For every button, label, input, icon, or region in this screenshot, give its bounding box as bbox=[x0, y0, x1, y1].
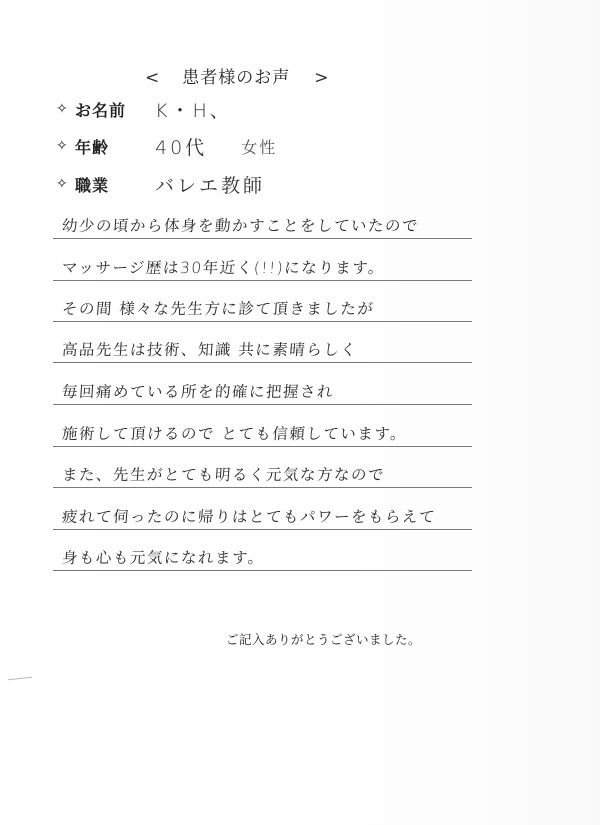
ruled-line bbox=[53, 238, 472, 239]
ruled-line bbox=[53, 280, 472, 281]
scan-mark bbox=[8, 677, 32, 681]
field-label-name: お名前 bbox=[75, 98, 155, 121]
field-label-age: 年齢 bbox=[75, 135, 155, 158]
field-value-occupation: バレエ教師 bbox=[155, 171, 265, 198]
left-angle-bracket: < bbox=[145, 68, 160, 88]
right-angle-bracket: > bbox=[314, 68, 329, 88]
ruled-line bbox=[53, 570, 472, 571]
ruled-line bbox=[53, 446, 472, 447]
testimonial-line-9: 身も心も元気になれます。 bbox=[61, 546, 265, 568]
field-value-gender: 女性 bbox=[241, 135, 277, 158]
testimonial-line-5: 毎回痛めている所を的確に把握され bbox=[61, 380, 335, 402]
page-title: <患者様のお声> bbox=[145, 63, 330, 88]
ruled-line bbox=[53, 487, 472, 488]
testimonial-line-2: マッサージ歴は30年近く(!!)になります。 bbox=[61, 256, 386, 278]
field-value-name: K・H、 bbox=[155, 96, 232, 123]
testimonial-page: <患者様のお声> ✧ お名前 K・H、 ✧ 年齢 40代 女性 ✧ 職業 バレエ… bbox=[0, 0, 600, 825]
field-value-age: 40代 bbox=[155, 133, 207, 160]
testimonial-line-6: 施術して頂けるので とても信頼しています。 bbox=[61, 422, 408, 444]
testimonial-line-1: 幼少の頃から体身を動かすことをしていたので bbox=[61, 214, 420, 236]
ruled-line bbox=[53, 529, 472, 530]
field-label-occupation: 職業 bbox=[75, 173, 155, 196]
testimonial-line-8: 疲れて伺ったのに帰りはとてもパワーをもらえて bbox=[61, 505, 437, 527]
diamond-outline-icon: ✧ bbox=[56, 176, 70, 192]
ruled-line bbox=[53, 321, 472, 322]
field-name: ✧ お名前 K・H、 bbox=[56, 97, 232, 121]
field-occupation: ✧ 職業 バレエ教師 bbox=[56, 172, 265, 196]
field-age: ✧ 年齢 40代 女性 bbox=[56, 134, 277, 158]
testimonial-line-4: 高品先生は技術、知識 共に素晴らしく bbox=[61, 338, 358, 360]
ruled-line bbox=[53, 362, 472, 363]
testimonial-line-7: また、先生がとても明るく元気な方なので bbox=[61, 463, 386, 485]
ruled-line bbox=[53, 404, 472, 405]
closing-message: ご記入ありがとうございました。 bbox=[226, 630, 421, 648]
diamond-outline-icon: ✧ bbox=[56, 101, 70, 117]
title-text: 患者様のお声 bbox=[182, 68, 290, 88]
testimonial-line-3: その間 様々な先生方に診て頂きましたが bbox=[61, 297, 375, 319]
diamond-outline-icon: ✧ bbox=[56, 138, 70, 154]
